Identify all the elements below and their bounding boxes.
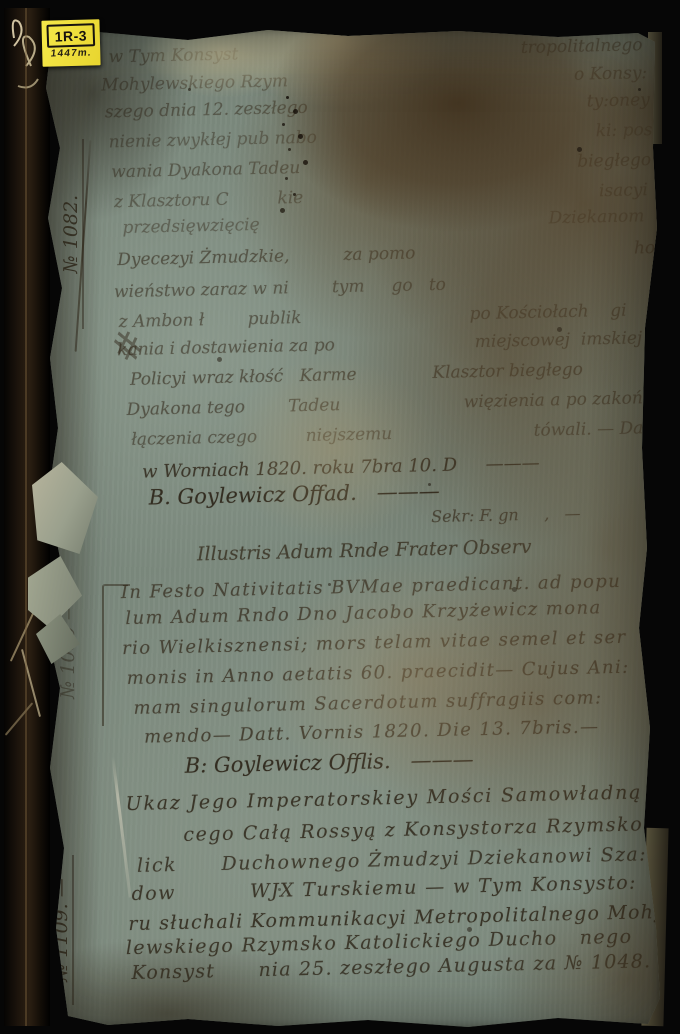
manuscript-line: Policyi wraz kłość KarmeKlasztor biegłeg… — [130, 358, 668, 390]
line-text-right: isacyi — [599, 180, 648, 201]
line-text: Ukaz Jego Imperatorskiey Mości Samowładn… — [125, 781, 642, 815]
manuscript-line: przedsięwzięcięDziekanom — [122, 206, 664, 238]
line-text: Illustris Adum Rnde Frater Observ — [197, 536, 532, 566]
manuscript-line: w Tym Konsysttropolitalnego — [108, 35, 660, 68]
label-frame: 1R-3 — [46, 23, 95, 48]
manuscript-line: łączenia czego niejszemutówali. — Dan — [131, 418, 669, 450]
manuscript-line: Mohylewskiego Rzymo Konsy: — [101, 63, 661, 96]
line-text-right: Klasztor biegłego — [432, 360, 583, 383]
manuscript-line: nienie zwykłej pub naboki: pos — [108, 120, 662, 153]
margin-bracket-line — [102, 584, 130, 726]
line-text: przedsięwzięcię — [122, 215, 260, 238]
line-text-right: tropolitalnego — [521, 35, 643, 58]
line-text: wieństwo zaraz w ni tym go to — [114, 275, 446, 303]
archive-label: 1R-3 1447m. — [41, 19, 100, 67]
manuscript-line: mam singulorum Sacerdotum suffragiis com… — [133, 686, 675, 719]
manuscript-line: wieństwo zaraz w ni tym go to — [114, 270, 666, 303]
label-code: 1R-3 — [54, 27, 87, 44]
line-text: mam singulorum Sacerdotum suffragiis com… — [133, 687, 603, 719]
loose-thread — [21, 649, 41, 717]
manuscript-line: cego Całą Rossyą z Konsystorza Rzymsko K… — [183, 813, 678, 846]
line-text: B: Goylewicz Offlis. ——— — [184, 747, 473, 778]
line-text-right: o Konsy: — [574, 63, 648, 85]
line-text: lick Duchownego Żmudzyi Dziekanowi Sza: — [137, 843, 647, 877]
manuscript-text: w Tym KonsysttropolitalnegoMohylewskiego… — [38, 15, 680, 1029]
line-text: szego dnia 12. zeszłego — [105, 98, 308, 123]
manuscript-line: kania i dostawienia za pomiejscowej imsk… — [117, 328, 667, 360]
manuscript-line: Dyakona tego Tadeuwięzienia a po zakoń: — [126, 388, 668, 420]
manuscript-line: Dyecezyi Żmudzkie, za pomoho — [117, 238, 665, 270]
line-text-right: tówali. — Dan — [533, 418, 654, 441]
manuscript-line: Ukaz Jego Imperatorskiey Mości Samowładn… — [125, 781, 677, 816]
manuscript-line: B: Goylewicz Offlis. ——— — [184, 743, 676, 778]
manuscript-line: z Ambon ł publikpo Kościołach gi — [118, 300, 666, 332]
label-year: 1447m. — [42, 47, 101, 60]
margin-annotation: № 1109. — — [50, 855, 74, 1005]
line-text-right: biegłego — [577, 150, 651, 172]
line-text: cego Całą Rossyą z Konsystorza Rzymsko K… — [183, 812, 680, 846]
line-text: Sekr: F. gn , — — [431, 504, 581, 526]
line-text-right: ki: pos — [596, 120, 653, 141]
line-text: z Klasztoru C kie — [114, 188, 304, 212]
line-text-right: więzienia a po zakoń: — [464, 388, 649, 412]
line-text: łączenia czego niejszemu — [131, 424, 392, 450]
manuscript-line: Illustris Adum Rnde Frater Observ — [197, 533, 672, 566]
manuscript-line: rio Wielkisznensi; mors telam vitae seme… — [122, 626, 674, 660]
line-text: Policyi wraz kłość Karme — [130, 365, 357, 390]
line-text: nienie zwykłej pub nabo — [108, 128, 317, 153]
line-text: w Tym Konsyst — [108, 44, 238, 67]
manuscript-line: szego dnia 12. zeszłegoty:oney — [105, 90, 662, 123]
line-text-right: ty:oney — [587, 90, 650, 111]
line-text-right: ho — [634, 238, 656, 258]
line-text: lum Adum Rndo Dno Jacobo Krzyżewicz mona — [125, 597, 602, 629]
line-text: wania Dyakona Tadeu — [111, 158, 300, 182]
line-text-right: miejscowej imskiej — [475, 328, 643, 352]
line-text: B. Goylewicz Offad. ——— — [148, 479, 440, 510]
manuscript-page: w Tym KonsysttropolitalnegoMohylewskiego… — [38, 28, 660, 1028]
line-text: Dyakona tego Tadeu — [126, 395, 340, 420]
manuscript-line: dow WJX Turskiemu — w Tym Konsysto: — [131, 871, 679, 905]
margin-annotation: № 1082. — [60, 139, 84, 329]
line-text-right: Dziekanom — [548, 206, 644, 228]
loose-thread — [5, 702, 34, 735]
line-text: Dyecezyi Żmudzkie, za pomo — [117, 243, 416, 270]
line-text: rio Wielkisznensi; mors telam vitae seme… — [122, 627, 627, 659]
manuscript-line: monis in Anno aetatis 60. praecidit— Cuj… — [127, 656, 675, 689]
manuscript-line: mendo— Datt. Vornis 1820. Die 13. 7bris.… — [144, 715, 676, 748]
line-text: z Ambon ł publik — [118, 308, 301, 332]
line-text: Mohylewskiego Rzym — [101, 71, 288, 95]
archival-photo: w Tym KonsysttropolitalnegoMohylewskiego… — [0, 0, 680, 1034]
line-text: dow WJX Turskiemu — w Tym Konsysto: — [131, 872, 637, 905]
manuscript-line: Sekr: F. gn , — — [431, 502, 671, 526]
manuscript-line: wania Dyakona Tadeubiegłego — [111, 150, 663, 183]
line-text-right: po Kościołach gi — [469, 301, 626, 325]
line-text: monis in Anno aetatis 60. praecidit— Cuj… — [127, 657, 630, 689]
line-text: mendo— Datt. Vornis 1820. Die 13. 7bris.… — [144, 716, 600, 747]
